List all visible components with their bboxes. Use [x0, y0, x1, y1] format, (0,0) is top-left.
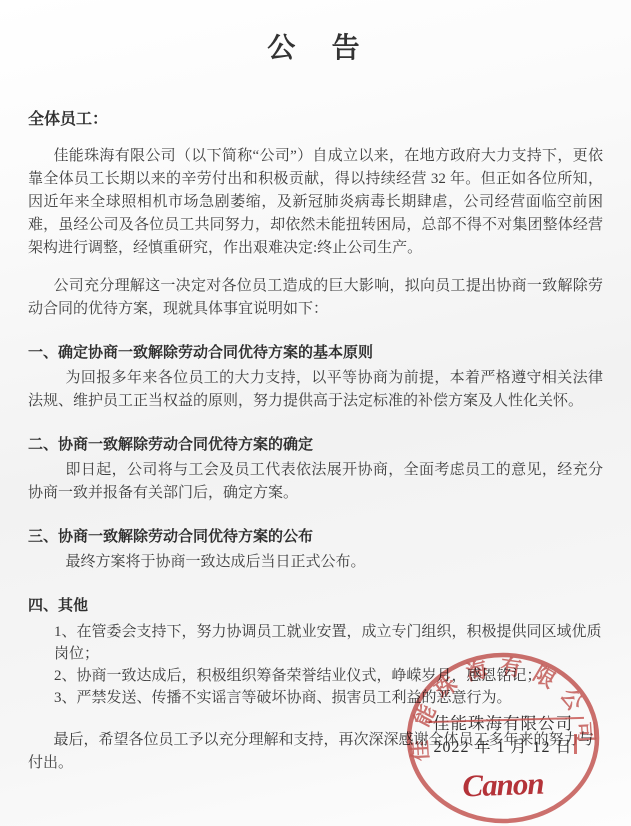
- announcement-page: 公 告 全体员工： 佳能珠海有限公司（以下简称“公司”）自成立以来，在地方政府大…: [0, 0, 631, 826]
- salutation: 全体员工：: [28, 106, 603, 129]
- svg-text:佳能珠海有限公司: 佳能珠海有限公司: [407, 654, 599, 761]
- section-2-heading: 二、协商一致解除劳动合同优待方案的确定: [28, 434, 603, 456]
- paragraph-intro: 佳能珠海有限公司（以下简称“公司”）自成立以来，在地方政府大力支持下，更依靠全体…: [28, 145, 603, 260]
- section-2: 二、协商一致解除劳动合同优待方案的确定 即日起，公司将与工会及员工代表依法展开协…: [28, 434, 603, 505]
- paragraph-plan-intro: 公司充分理解这一决定对各位员工造成的巨大影响，拟向员工提出协商一致解除劳动合同的…: [28, 275, 603, 321]
- section-2-body: 即日起，公司将与工会及员工代表依法展开协商，全面考虑员工的意见，经充分协商一致并…: [28, 459, 603, 505]
- section-1-heading: 一、确定协商一致解除劳动合同优待方案的基本原则: [28, 342, 603, 364]
- company-seal-icon: 佳能珠海有限公司 Canon: [398, 650, 608, 826]
- canon-logo: Canon: [462, 766, 544, 804]
- section-1-body: 为回报多年来各位员工的大力支持，以平等协商为前提，本着严格遵守相关法律法规、维护…: [28, 367, 603, 413]
- section-4-heading: 四、其他: [28, 595, 603, 617]
- section-3: 三、协商一致解除劳动合同优待方案的公布 最终方案将于协商一致达成后当日正式公布。: [28, 526, 603, 574]
- signature-and-seal: 佳能珠海有限公司 2022 年 1 月 12 日 佳能珠海有限公司 Canon: [398, 650, 608, 826]
- section-3-body: 最终方案将于协商一致达成后当日正式公布。: [28, 551, 603, 574]
- section-1: 一、确定协商一致解除劳动合同优待方案的基本原则 为回报多年来各位员工的大力支持，…: [28, 342, 603, 413]
- page-title: 公 告: [28, 26, 603, 66]
- section-3-heading: 三、协商一致解除劳动合同优待方案的公布: [28, 526, 603, 548]
- seal-arc-text: 佳能珠海有限公司: [407, 654, 599, 761]
